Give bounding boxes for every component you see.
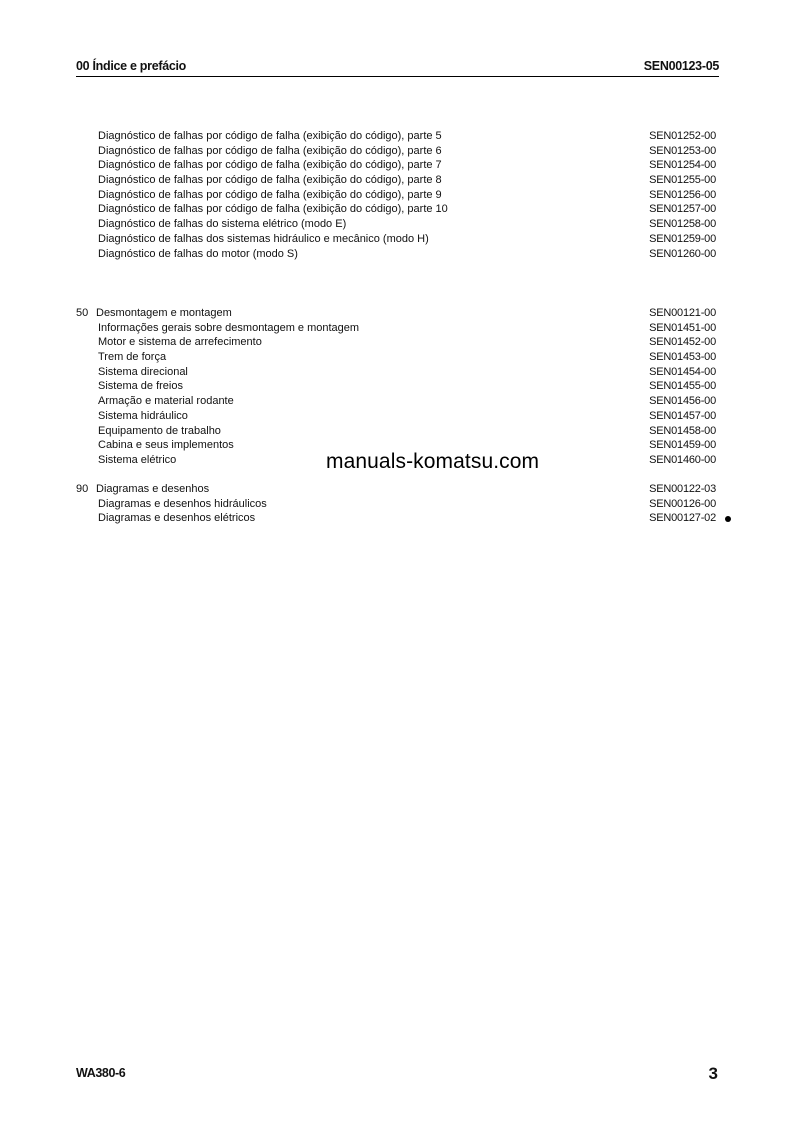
toc-section-heading[interactable]: 50 Desmontagem e montagem SEN00121-00 (76, 306, 719, 321)
section-disassembly-assembly: 50 Desmontagem e montagem SEN00121-00 In… (76, 306, 719, 468)
toc-entry-label: Diagnóstico de falhas por código de falh… (98, 173, 442, 188)
toc-entry-label: Diagnóstico de falhas por código de falh… (98, 188, 442, 203)
toc-entry-ref: SEN01453-00 (649, 350, 716, 365)
toc-entry[interactable]: Diagnóstico de falhas por código de falh… (76, 202, 719, 217)
toc-entry-ref: SEN01253-00 (649, 144, 716, 159)
toc-entry[interactable]: Diagnóstico de falhas por código de falh… (76, 129, 719, 144)
toc-entry-label: Diagramas e desenhos hidráulicos (98, 497, 267, 512)
toc-entry-label: Diagnóstico de falhas por código de falh… (98, 144, 442, 159)
toc-entry-ref: SEN01456-00 (649, 394, 716, 409)
section-ref: SEN00121-00 (649, 306, 716, 321)
toc-entry-ref: SEN01260-00 (649, 247, 716, 262)
toc-entry-label: Sistema direcional (98, 365, 188, 380)
toc-entry[interactable]: Armação e material rodante SEN01456-00 (76, 394, 719, 409)
toc-entry[interactable]: Diagnóstico de falhas por código de falh… (76, 158, 719, 173)
toc-entry[interactable]: Sistema hidráulico SEN01457-00 (76, 409, 719, 424)
toc-entry-label: Motor e sistema de arrefecimento (98, 335, 262, 350)
toc-entry-ref: SEN01257-00 (649, 202, 716, 217)
section-diagrams-drawings: 90 Diagramas e desenhos SEN00122-03 Diag… (76, 482, 719, 526)
toc-entry[interactable]: Diagramas e desenhos hidráulicos SEN0012… (76, 497, 719, 512)
toc-entry[interactable]: Sistema direcional SEN01454-00 (76, 365, 719, 380)
toc-entry-ref: SEN01255-00 (649, 173, 716, 188)
toc-entry[interactable]: Trem de força SEN01453-00 (76, 350, 719, 365)
toc-entry-label: Diagnóstico de falhas do motor (modo S) (98, 247, 298, 262)
toc-entry-label: Diagnóstico de falhas do sistema elétric… (98, 217, 346, 232)
toc-entry[interactable]: Informações gerais sobre desmontagem e m… (76, 321, 719, 336)
toc-entry[interactable]: Diagnóstico de falhas dos sistemas hidrá… (76, 232, 719, 247)
toc-entry[interactable]: Diagramas e desenhos elétricos SEN00127-… (76, 511, 719, 526)
toc-entry-label: Trem de força (98, 350, 166, 365)
toc-entry-label: Armação e material rodante (98, 394, 234, 409)
page-header: 00 Índice e prefácio SEN00123-05 (76, 58, 719, 77)
footer-model: WA380-6 (76, 1066, 125, 1080)
toc-entry[interactable]: Diagnóstico de falhas do motor (modo S) … (76, 247, 719, 262)
toc-entry-ref: SEN01459-00 (649, 438, 716, 453)
toc-entry-ref: SEN01457-00 (649, 409, 716, 424)
toc-entry[interactable]: Motor e sistema de arrefecimento SEN0145… (76, 335, 719, 350)
toc-entry-label: Informações gerais sobre desmontagem e m… (98, 321, 359, 336)
toc-entry-label: Diagnóstico de falhas por código de falh… (98, 129, 442, 144)
toc-entry-ref: SEN01259-00 (649, 232, 716, 247)
toc-entry-ref: SEN01458-00 (649, 424, 716, 439)
chapter-title: 00 Índice e prefácio (76, 59, 186, 73)
toc-entry-ref: SEN00127-02 (649, 511, 716, 526)
toc-entry-label: Sistema de freios (98, 379, 183, 394)
section-ref: SEN00122-03 (649, 482, 716, 497)
section-number: 50 (76, 306, 88, 321)
toc-entry-label: Diagnóstico de falhas por código de falh… (98, 158, 442, 173)
watermark-text: manuals-komatsu.com (326, 450, 539, 474)
toc-entry-ref: SEN01451-00 (649, 321, 716, 336)
toc-section-heading[interactable]: 90 Diagramas e desenhos SEN00122-03 (76, 482, 719, 497)
toc-entry-ref: SEN01258-00 (649, 217, 716, 232)
toc-entry-ref: SEN01455-00 (649, 379, 716, 394)
toc-entry-ref: SEN01254-00 (649, 158, 716, 173)
toc-entry-label: Equipamento de trabalho (98, 424, 221, 439)
toc-entry-label: Sistema elétrico (98, 453, 176, 468)
toc-entry-label: Cabina e seus implementos (98, 438, 234, 453)
toc-entry[interactable]: Sistema de freios SEN01455-00 (76, 379, 719, 394)
toc-entry-label: Diagramas e desenhos elétricos (98, 511, 255, 526)
toc-entry-label: Diagnóstico de falhas por código de falh… (98, 202, 448, 217)
section-title: Diagramas e desenhos (96, 482, 209, 497)
toc-entry-ref: SEN01460-00 (649, 453, 716, 468)
toc-entry-ref: SEN01256-00 (649, 188, 716, 203)
toc-entry-label: Diagnóstico de falhas dos sistemas hidrá… (98, 232, 429, 247)
document-code: SEN00123-05 (644, 59, 719, 73)
toc-entry-ref: SEN01454-00 (649, 365, 716, 380)
toc-entry-label: Sistema hidráulico (98, 409, 188, 424)
section-title: Desmontagem e montagem (96, 306, 232, 321)
toc-entry[interactable]: Diagnóstico de falhas por código de falh… (76, 144, 719, 159)
toc-entry-ref: SEN00126-00 (649, 497, 716, 512)
toc-entry[interactable]: Diagnóstico de falhas por código de falh… (76, 188, 719, 203)
toc-entry[interactable]: Equipamento de trabalho SEN01458-00 (76, 424, 719, 439)
page-number: 3 (709, 1064, 718, 1084)
revision-marker-icon (725, 516, 731, 522)
toc-entry[interactable]: Diagnóstico de falhas do sistema elétric… (76, 217, 719, 232)
section-troubleshooting-continued: Diagnóstico de falhas por código de falh… (76, 129, 719, 261)
toc-entry[interactable]: Diagnóstico de falhas por código de falh… (76, 173, 719, 188)
toc-entry-ref: SEN01452-00 (649, 335, 716, 350)
toc-entry-ref: SEN01252-00 (649, 129, 716, 144)
section-number: 90 (76, 482, 88, 497)
